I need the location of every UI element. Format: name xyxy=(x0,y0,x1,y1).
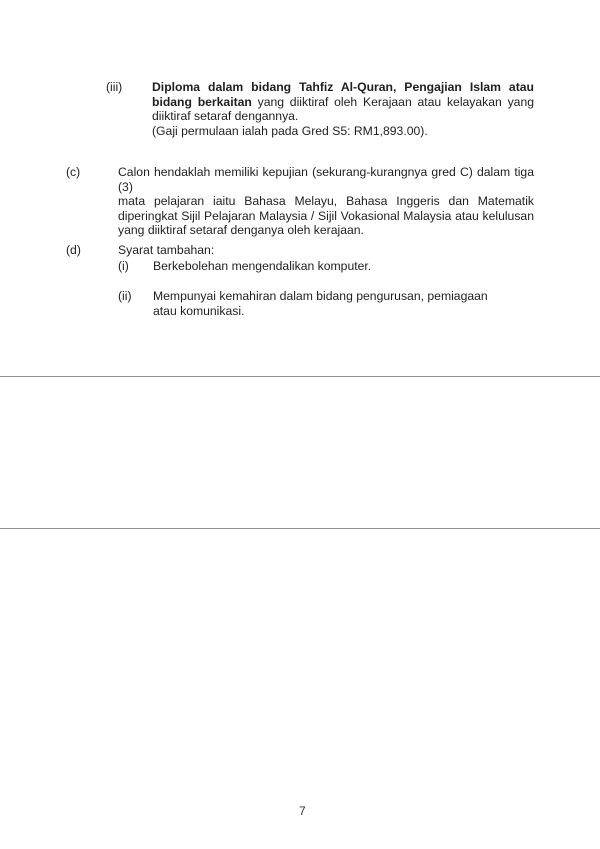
item-c-label: (c) xyxy=(66,165,80,180)
item-c-line: Calon hendaklah memiliki kepujian (sekur… xyxy=(118,165,534,194)
item-iii-label: (iii) xyxy=(106,80,122,95)
page-number: 7 xyxy=(299,804,306,818)
item-d-label: (d) xyxy=(66,243,81,258)
item-iii-line-3: diiktiraf setaraf dengannya. xyxy=(152,109,534,124)
item-iii-line-2: bidang berkaitan yang diiktiraf oleh Ker… xyxy=(152,95,534,110)
item-c-line: diperingkat Sijil Pelajaran Malaysia / S… xyxy=(118,209,534,224)
subitem-ii-label: (ii) xyxy=(118,289,132,304)
item-iii-text: Diploma dalam bidang Tahfiz Al-Quran, Pe… xyxy=(152,80,534,138)
horizontal-divider xyxy=(0,528,600,529)
subitem-ii-text: Mempunyai kemahiran dalam bidang penguru… xyxy=(153,289,513,318)
subitem-i-label: (i) xyxy=(118,259,129,274)
subitem-ii-line: atau komunikasi. xyxy=(153,304,513,319)
subitem-ii-line: Mempunyai kemahiran dalam bidang penguru… xyxy=(153,289,513,304)
item-d-heading: Syarat tambahan: xyxy=(118,243,214,258)
horizontal-divider xyxy=(0,376,600,377)
item-iii-salary-note: (Gaji permulaan ialah pada Gred S5: RM1,… xyxy=(152,124,534,139)
subitem-i-text: Berkebolehan mengendalikan komputer. xyxy=(153,259,371,274)
item-c-text: Calon hendaklah memiliki kepujian (sekur… xyxy=(118,165,534,238)
item-c-line: mata pelajaran iaitu Bahasa Melayu, Baha… xyxy=(118,194,534,209)
item-iii-line-1: Diploma dalam bidang Tahfiz Al-Quran, Pe… xyxy=(152,80,534,95)
item-c-line: yang diiktiraf setaraf denganya oleh ker… xyxy=(118,223,534,238)
